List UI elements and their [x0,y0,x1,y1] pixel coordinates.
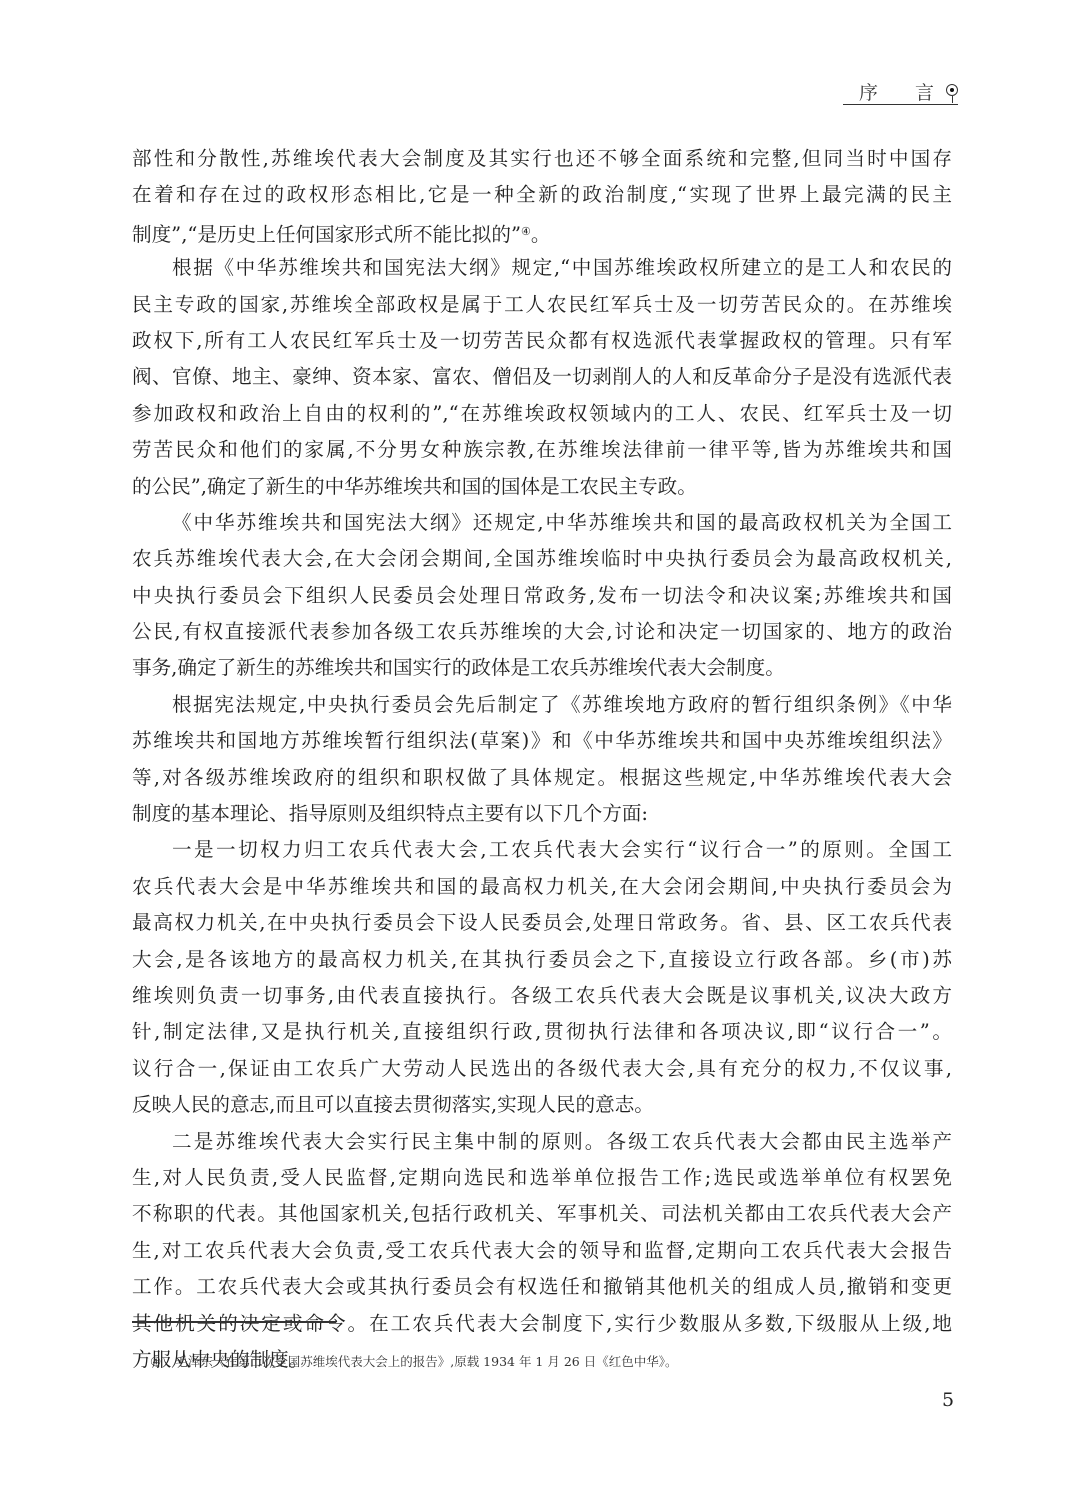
text-line: 制度的基本理论、指导原则及组织特点主要有以下几个方面: [132,796,952,832]
text-line: 中央执行委员会下组织人民委员会处理日常政务,发布一切法令和决议案;苏维埃共和国 [132,578,952,614]
footnote: ④毛泽东《在第二次全国苏维埃代表大会上的报告》,原载 1934 年 1 月 26… [150,1352,677,1370]
text-line: 最高权力机关,在中央执行委员会下设人民委员会,处理日常政务。省、县、区工农兵代表 [132,905,952,941]
text-line: 针,制定法律,又是执行机关,直接组织行政,贯彻执行法律和各项决议,即“议行合一”… [132,1014,952,1050]
text-line: 事务,确定了新生的苏维埃共和国实行的政体是工农兵苏维埃代表大会制度。 [132,650,952,686]
body-text: 部性和分散性,苏维埃代表大会制度及其实行也还不够全面系统和完整,但同当时中国存 … [132,141,952,1378]
text-line: 在着和存在过的政权形态相比,它是一种全新的政治制度,“实现了世界上最完满的民主 [132,177,952,213]
header-chapter-char-2: 言 [915,78,934,105]
text-line: 《中华苏维埃共和国宪法大纲》还规定,中华苏维埃共和国的最高政权机关为全国工 [132,505,952,541]
text-line: 劳苦民众和他们的家属,不分男女种族宗教,在苏维埃法律前一律平等,皆为苏维埃共和国 [132,432,952,468]
text-line: 制度”,“是历史上任何国家形式所不能比拟的”④。 [132,214,952,250]
footnote-ref[interactable]: ④ [521,225,531,238]
text-line: 等,对各级苏维埃政府的组织和职权做了具体规定。根据这些规定,中华苏维埃代表大会 [132,760,952,796]
text-line: 不称职的代表。其他国家机关,包括行政机关、军事机关、司法机关都由工农兵代表大会产 [132,1196,952,1232]
text-line: 农兵苏维埃代表大会,在大会闭会期间,全国苏维埃临时中央执行委员会为最高政权机关, [132,541,952,577]
text-line: 农兵代表大会是中华苏维埃共和国的最高权力机关,在大会闭会期间,中央执行委员会为 [132,869,952,905]
text-line: 的公民”,确定了新生的中华苏维埃共和国的国体是工农民主专政。 [132,469,952,505]
footnote-mark: ④ [150,1354,161,1369]
text-line: 根据宪法规定,中央执行委员会先后制定了《苏维埃地方政府的暂行组织条例》《中华 [132,687,952,723]
running-header: 序 言 [843,78,958,105]
text-line: 苏维埃共和国地方苏维埃暂行组织法(草案)》和《中华苏维埃共和国中央苏维埃组织法》 [132,723,952,759]
text-line: 二是苏维埃代表大会实行民主集中制的原则。各级工农兵代表大会都由民主选举产 [132,1124,952,1160]
text-line: 根据《中华苏维埃共和国宪法大纲》规定,“中国苏维埃政权所建立的是工人和农民的 [132,250,952,286]
footnote-divider [132,1321,336,1323]
text-line: 政权下,所有工人农民红军兵士及一切劳苦民众都有权选派代表掌握政权的管理。只有军 [132,323,952,359]
text-line: 议行合一,保证由工农兵广大劳动人民选出的各级代表大会,具有充分的权力,不仅议事, [132,1051,952,1087]
text-line: 维埃则负责一切事务,由代表直接执行。各级工农兵代表大会既是议事机关,议决大政方 [132,978,952,1014]
text-line: 大会,是各该地方的最高权力机关,在其执行委员会之下,直接设立行政各部。乡(市)苏 [132,942,952,978]
footnote-text: 毛泽东《在第二次全国苏维埃代表大会上的报告》,原载 1934 年 1 月 26 … [175,1354,677,1369]
text-line: 参加政权和政治上自由的权利的”,“在苏维埃政权领域内的工人、农民、红军兵士及一切 [132,396,952,432]
text-line: 部性和分散性,苏维埃代表大会制度及其实行也还不够全面系统和完整,但同当时中国存 [132,141,952,177]
text-line: 民主专政的国家,苏维埃全部政权是属于工人农民红军兵士及一切劳苦民众的。在苏维埃 [132,287,952,323]
header-chapter-char-1: 序 [859,78,878,105]
text-line: 生,对人民负责,受人民监督,定期向选民和选举单位报告工作;选民或选举单位有权罢免 [132,1160,952,1196]
text-line: 反映人民的意志,而且可以直接去贯彻落实,实现人民的意志。 [132,1087,952,1123]
text-line: 生,对工农兵代表大会负责,受工农兵代表大会的领导和监督,定期向工农兵代表大会报告 [132,1233,952,1269]
text-line: 一是一切权力归工农兵代表大会,工农兵代表大会实行“议行合一”的原则。全国工 [132,832,952,868]
page-number: 5 [942,1389,954,1411]
text-line: 工作。工农兵代表大会或其执行委员会有权选任和撤销其他机关的组成人员,撤销和变更 [132,1269,952,1305]
text-line: 阀、官僚、地主、豪绅、资本家、富农、僧侣及一切剥削人的人和反革命分子是没有选派代… [132,359,952,395]
bullseye-pin-icon [946,84,958,96]
text-line: 其他机关的决定或命令。在工农兵代表大会制度下,实行少数服从多数,下级服从上级,地 [132,1306,952,1342]
text-line: 公民,有权直接派代表参加各级工农兵苏维埃的大会,讨论和决定一切国家的、地方的政治 [132,614,952,650]
